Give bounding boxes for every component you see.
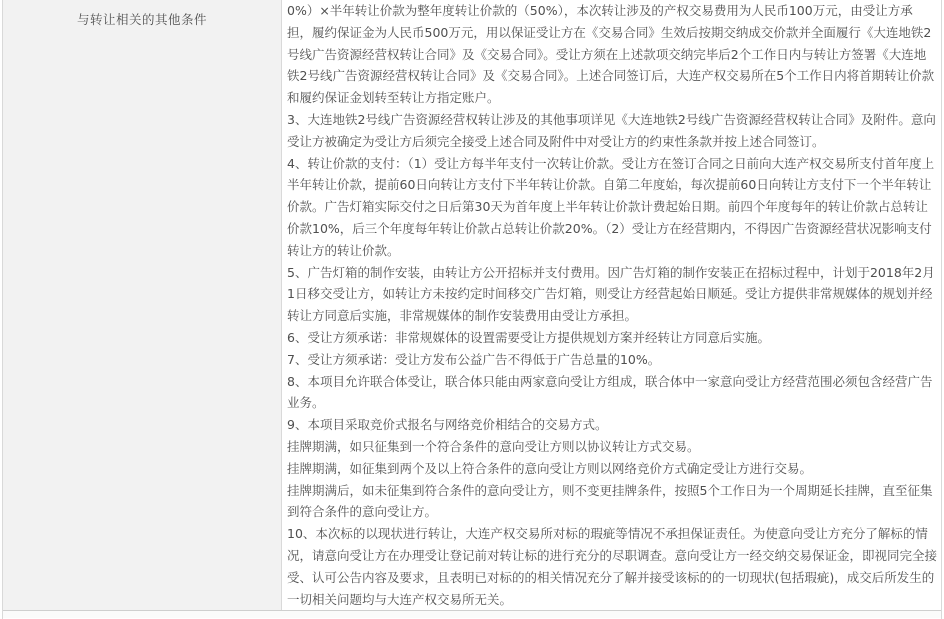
condition-paragraph: 10、本次标的以现状进行转让，大连产权交易所对标的瑕疵等情况不承担保证责任。为使… — [287, 523, 937, 610]
condition-paragraph: 7、受让方须承诺：受让方发布公益广告不得低于广告总量的10%。 — [287, 349, 937, 371]
condition-paragraph: 8、本项目允许联合体受让，联合体只能由两家意向受让方组成，联合体中一家意向受让方… — [287, 371, 937, 415]
condition-paragraph: 4、转让价款的支付：（1）受让方每半年支付一次转让价款。受让方在签订合同之日前向… — [287, 153, 937, 262]
row-label-cell: 与转让相关的其他条件 — [3, 0, 282, 610]
next-row-partial — [3, 611, 941, 618]
condition-paragraph: 挂牌期满，如征集到两个及以上符合条件的意向受让方则以网络竞价方式确定受让方进行交… — [287, 458, 937, 480]
row-label: 与转让相关的其他条件 — [77, 12, 207, 27]
conditions-table: 与转让相关的其他条件 0%）×半年转让价款为整年度转让价款的（50%），本次转让… — [2, 0, 942, 619]
condition-paragraph: 3、大连地铁2号线广告资源经营权转让涉及的其他事项详见《大连地铁2号线广告资源经… — [287, 109, 937, 153]
condition-paragraph: 5、广告灯箱的制作安装，由转让方公开招标并支付费用。因广告灯箱的制作安装正在招标… — [287, 262, 937, 327]
condition-paragraph: 9、本项目采取竞价式报名与网络竞价相结合的交易方式。 — [287, 414, 937, 436]
row-content-cell: 0%）×半年转让价款为整年度转让价款的（50%），本次转让涉及的产权交易费用为人… — [282, 0, 941, 610]
table-row-other-conditions: 与转让相关的其他条件 0%）×半年转让价款为整年度转让价款的（50%），本次转让… — [3, 0, 941, 611]
condition-paragraph: 挂牌期满，如只征集到一个符合条件的意向受让方则以协议转让方式交易。 — [287, 436, 937, 458]
condition-paragraph: 6、受让方须承诺：非常规媒体的设置需要受让方提供规划方案并经转让方同意后实施。 — [287, 327, 937, 349]
listing-conditions-page: 与转让相关的其他条件 0%）×半年转让价款为整年度转让价款的（50%），本次转让… — [0, 0, 944, 619]
condition-paragraph: 0%）×半年转让价款为整年度转让价款的（50%），本次转让涉及的产权交易费用为人… — [287, 0, 937, 109]
condition-paragraph: 挂牌期满后，如未征集到符合条件的意向受让方，则不变更挂牌条件，按照5个工作日为一… — [287, 480, 937, 524]
